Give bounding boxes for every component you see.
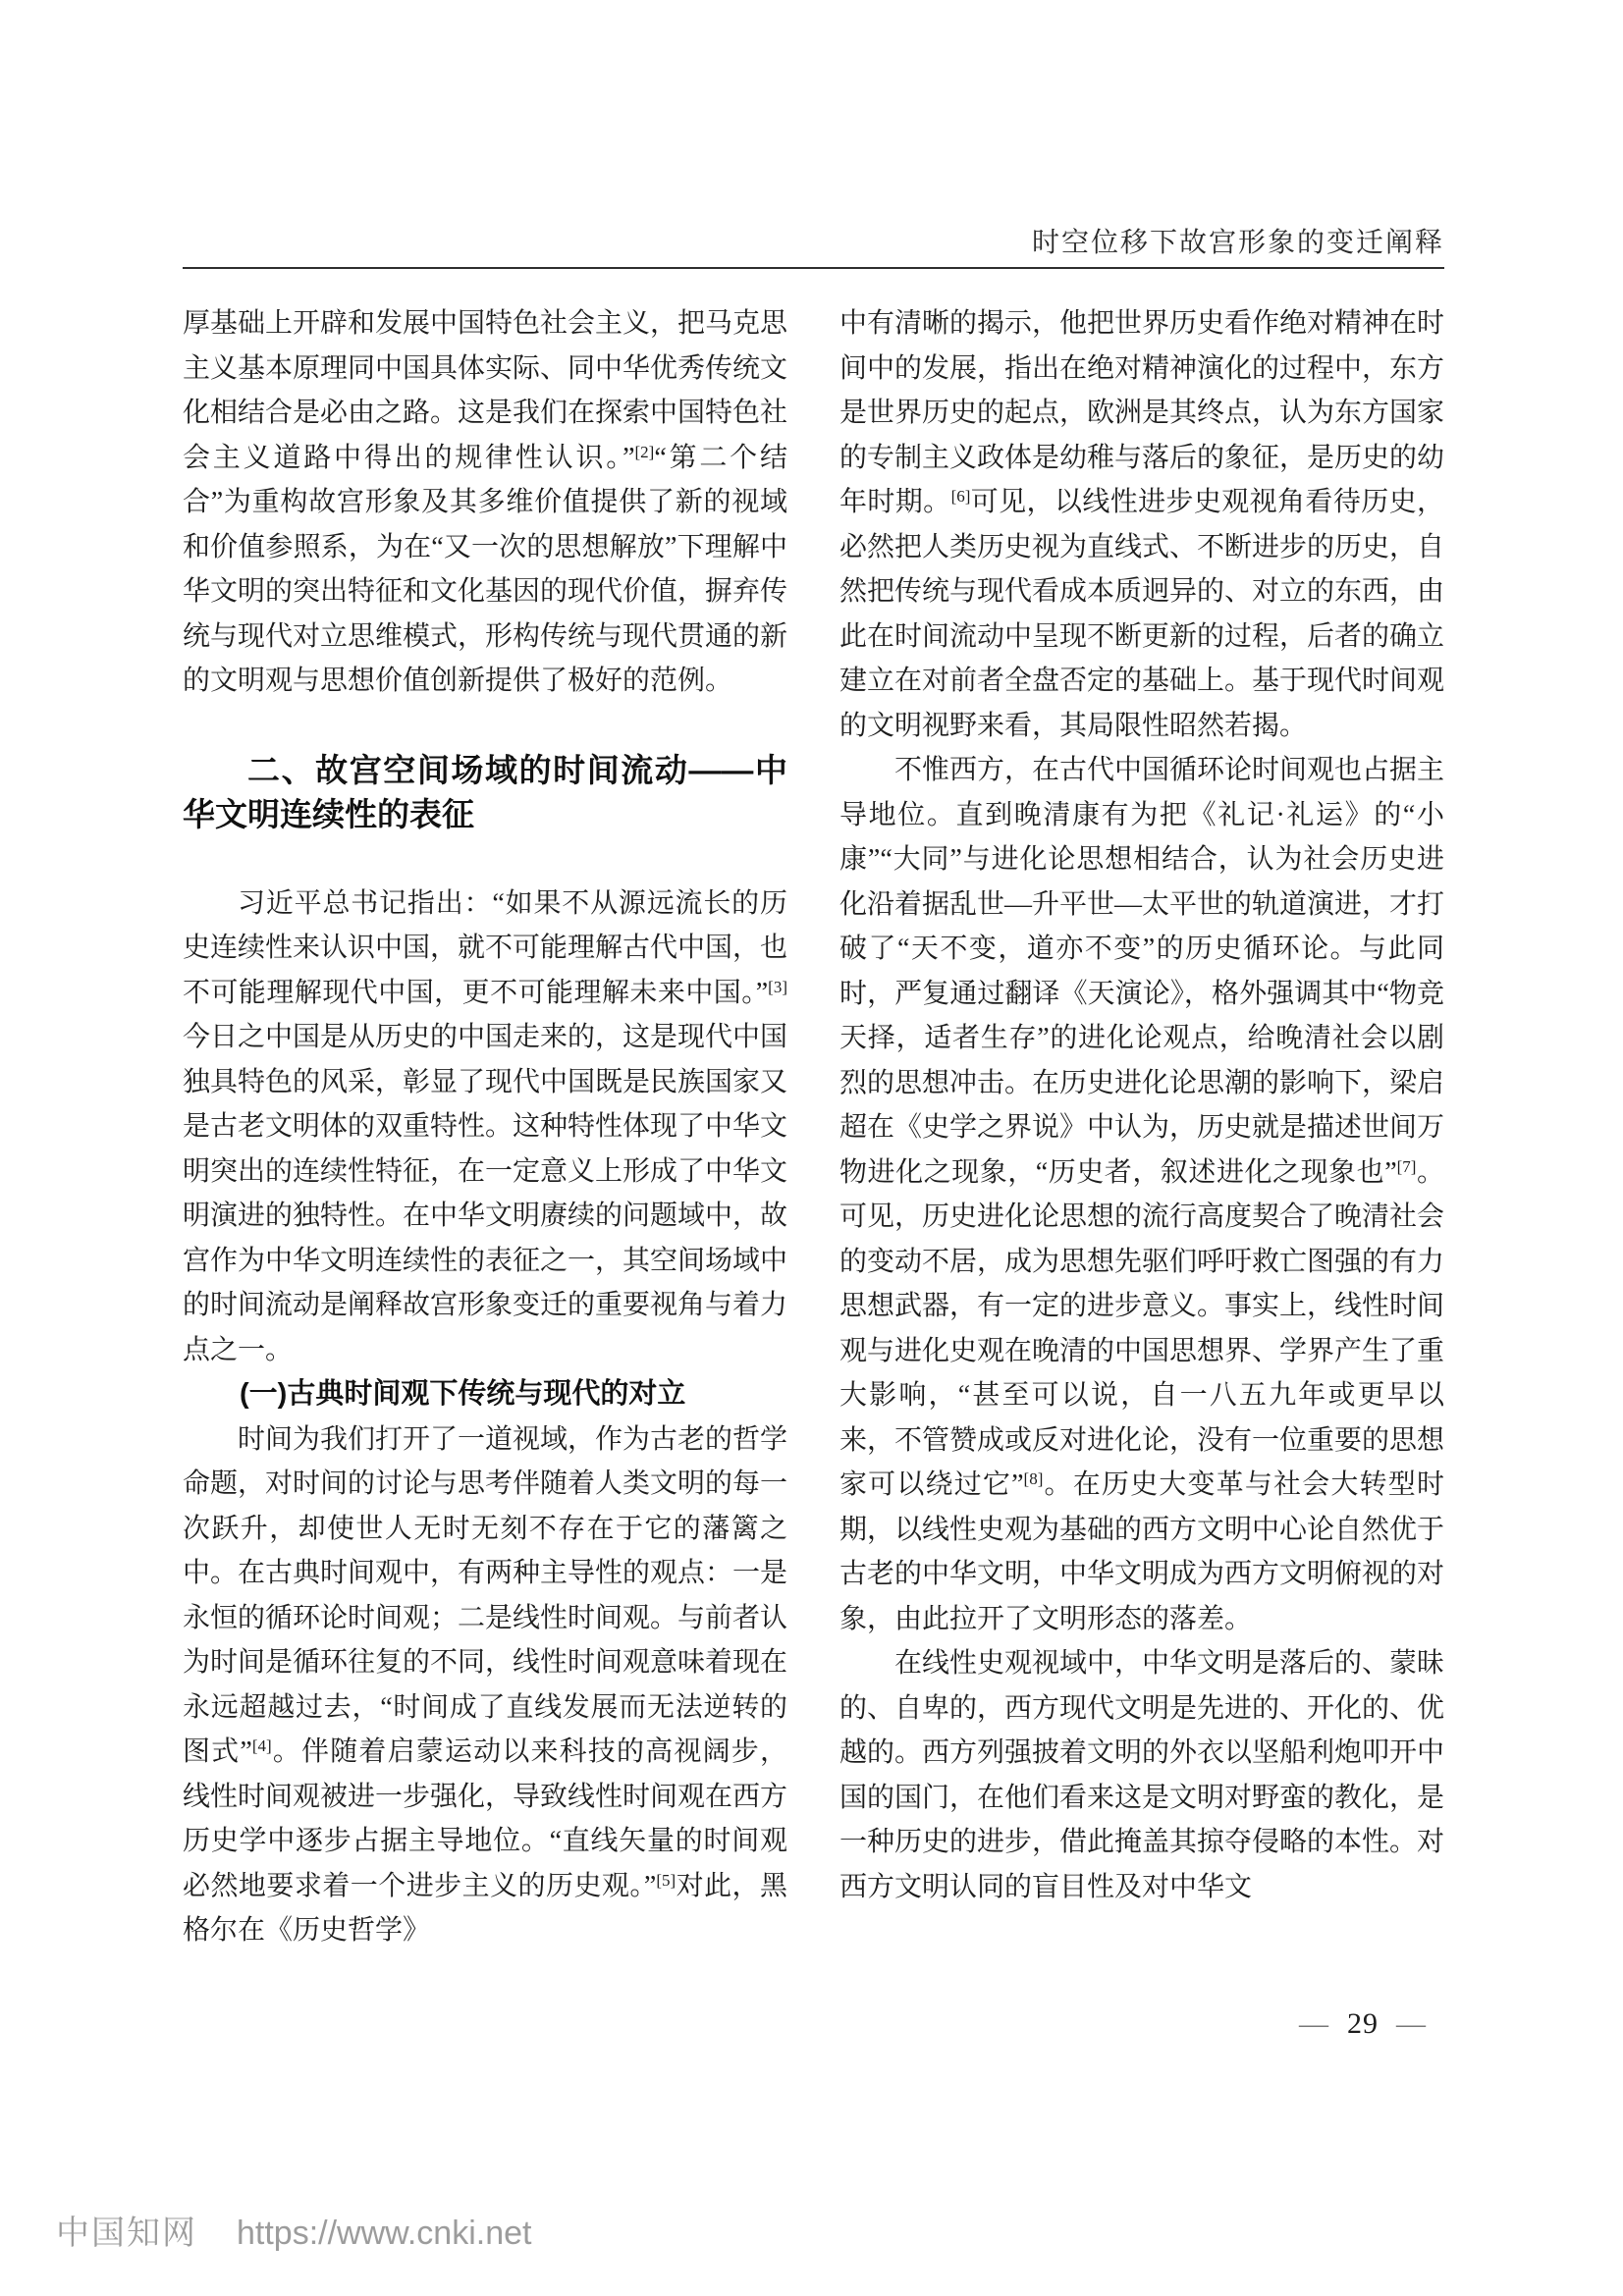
footer-watermark: 中国知网 https://www.cnki.net bbox=[56, 2206, 531, 2254]
page-number-value: 29 bbox=[1329, 2007, 1396, 2040]
page-number: —29— bbox=[1299, 2004, 1427, 2044]
header-rule bbox=[183, 267, 1444, 269]
page-number-dash-right: — bbox=[1396, 2007, 1427, 2040]
column-right: 中有清晰的揭示，他把世界历史看作绝对精神在时间中的发展，指出在绝对精神演化的过程… bbox=[839, 301, 1444, 1953]
running-header: 时空位移下故宫形象的变迁阐释 bbox=[183, 227, 1444, 269]
section-heading: 二、故宫空间场域的时间流动——中华文明连续性的表征 bbox=[183, 748, 787, 837]
sub-section-heading: (一)古典时间观下传统与现代的对立 bbox=[183, 1372, 787, 1417]
column-left: 厚基础上开辟和发展中国特色社会主义，把马克思主义基本原理同中国具体实际、同中华优… bbox=[183, 301, 787, 1953]
cnki-brand-text: 中国知网 bbox=[56, 2206, 197, 2254]
paragraph: 厚基础上开辟和发展中国特色社会主义，把马克思主义基本原理同中国具体实际、同中华优… bbox=[183, 301, 787, 704]
running-header-title: 时空位移下故宫形象的变迁阐释 bbox=[183, 227, 1444, 260]
paragraph: 中有清晰的揭示，他把世界历史看作绝对精神在时间中的发展，指出在绝对精神演化的过程… bbox=[839, 301, 1444, 748]
page-number-dash-left: — bbox=[1299, 2007, 1329, 2040]
paragraph: 习近平总书记指出：“如果不从源远流长的历史连续性来认识中国，就不可能理解古代中国… bbox=[183, 881, 787, 1373]
footnote-reference: [5] bbox=[656, 1871, 676, 1890]
footnote-reference: [3] bbox=[768, 978, 787, 996]
footnote-reference: [4] bbox=[252, 1736, 272, 1755]
footnote-reference: [6] bbox=[951, 487, 971, 506]
paragraph: 时间为我们打开了一道视域，作为古老的哲学命题，对时间的讨论与思考伴随着人类文明的… bbox=[183, 1417, 787, 1953]
article-body: 厚基础上开辟和发展中国特色社会主义，把马克思主义基本原理同中国具体实际、同中华优… bbox=[183, 301, 1444, 1953]
paragraph: 在线性史观视域中，中华文明是落后的、蒙昧的、自卑的，西方现代文明是先进的、开化的… bbox=[839, 1641, 1444, 1909]
paragraph: 不惟西方，在古代中国循环论时间观也占据主导地位。直到晚清康有为把《礼记·礼运》的… bbox=[839, 748, 1444, 1641]
journal-page: 时空位移下故宫形象的变迁阐释 厚基础上开辟和发展中国特色社会主义，把马克思主义基… bbox=[0, 0, 1623, 2296]
footnote-reference: [2] bbox=[635, 443, 655, 461]
footnote-reference: [8] bbox=[1024, 1469, 1044, 1488]
cnki-url-link[interactable]: https://www.cnki.net bbox=[237, 2215, 531, 2253]
footnote-reference: [7] bbox=[1397, 1157, 1417, 1176]
